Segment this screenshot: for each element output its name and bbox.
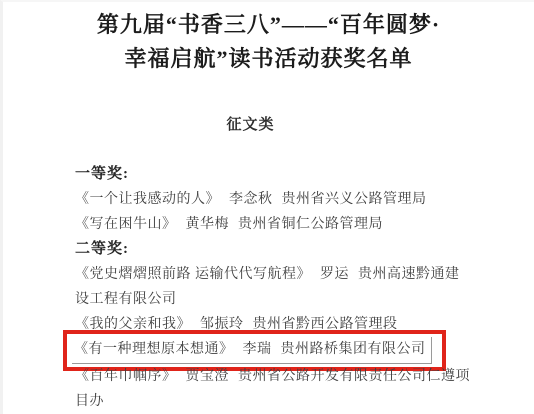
section-label-second-prize: 二等奖: <box>75 237 470 262</box>
entry-title: 《一个让我感动的人》 <box>75 192 220 207</box>
entry-title: 《有一种理想原本想通》 <box>74 342 234 357</box>
highlighted-entry-text: 《有一种理想原本想通》李瑞贵州路桥集团有限公司 <box>72 337 432 364</box>
entry-organization: 贵州路桥集团有限公司 <box>281 342 426 357</box>
section-label-first-prize: 一等奖: <box>75 162 470 187</box>
award-entry: 《一个让我感动的人》李念秋贵州省兴义公路管理局 <box>75 187 470 212</box>
award-list: 一等奖: 《一个让我感动的人》李念秋贵州省兴义公路管理局 《写在困牛山》黄华梅贵… <box>75 162 470 414</box>
document-title: 第九届“书香三八”——“百年圆梦· 幸福启航”读书活动获奖名单 <box>33 8 504 76</box>
award-entry: 《写在困牛山》黄华梅贵州省铜仁公路管理局 <box>75 212 470 237</box>
entry-organization: 贵州省铜仁公路管理局 <box>238 217 383 232</box>
entry-title: 《写在困牛山》 <box>75 217 177 232</box>
entry-author: 李瑞 <box>243 342 272 357</box>
document-title-line2: 幸福启航”读书活动获奖名单 <box>33 42 504 76</box>
entry-organization: 贵州省兴义公路管理局 <box>282 192 427 207</box>
category-heading: 征文类 <box>3 114 498 136</box>
entry-author: 罗运 <box>320 267 349 282</box>
award-entry: 《党史熠熠照前路 运输代代写航程》罗运贵州高速黔通建设工程有限公司 <box>75 262 470 312</box>
entry-author: 贾宝澄 <box>186 369 230 384</box>
document-page: 第九届“书香三八”——“百年圆梦· 幸福启航”读书活动获奖名单 征文类 一等奖:… <box>0 0 534 414</box>
award-entry: 《百年巾帼序》贾宝澄贵州省公路开发有限责任公司仁遵项目办 <box>75 364 470 414</box>
entry-title: 《党史熠熠照前路 运输代代写航程》 <box>75 267 311 282</box>
entry-author: 李念秋 <box>229 192 273 207</box>
entry-title: 《百年巾帼序》 <box>75 369 177 384</box>
document-title-line1: 第九届“书香三八”——“百年圆梦· <box>33 8 504 42</box>
entry-author: 黄华梅 <box>186 217 230 232</box>
award-entry-highlighted: 《有一种理想原本想通》李瑞贵州路桥集团有限公司 <box>75 337 470 364</box>
